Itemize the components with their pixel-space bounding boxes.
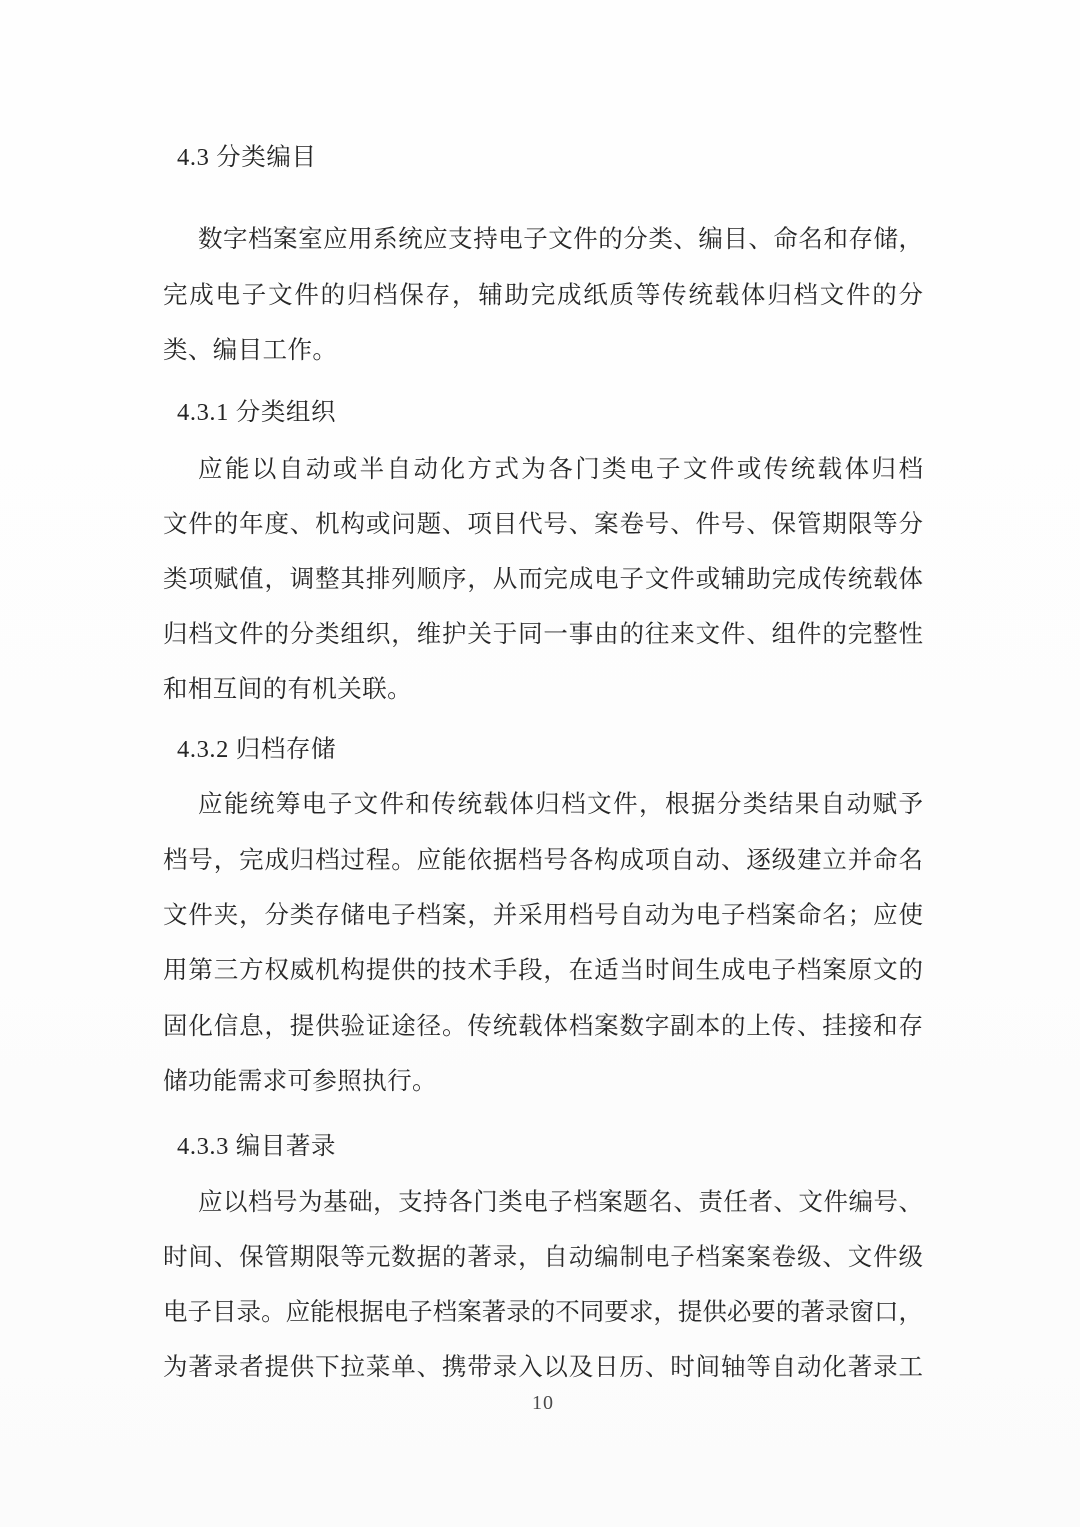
page-number: 10: [163, 1390, 923, 1416]
section-heading: 4.3.3 编目著录: [177, 1128, 923, 1166]
text-line: 应能统筹电子文件和传统载体归档文件，根据分类结果自动赋予: [163, 786, 923, 824]
text-line: 固化信息，提供验证途径。传统载体档案数字副本的上传、挂接和存: [163, 1008, 923, 1046]
section-heading: 4.3 分类编目: [177, 139, 923, 177]
text-line: 用第三方权威机构提供的技术手段，在适当时间生成电子档案原文的: [163, 952, 923, 990]
text-line: 储功能需求可参照执行。: [163, 1063, 923, 1101]
text-line: 完成电子文件的归档保存，辅助完成纸质等传统载体归档文件的分: [163, 277, 923, 315]
text-line: 应以档号为基础，支持各门类电子档案题名、责任者、文件编号、: [163, 1184, 923, 1222]
text-line: 类、编目工作。: [163, 332, 923, 370]
text-line: 档号，完成归档过程。应能依据档号各构成项自动、逐级建立并命名: [163, 842, 923, 880]
text-line: 数字档案室应用系统应支持电子文件的分类、编目、命名和存储，: [163, 221, 923, 259]
text-line: 应能以自动或半自动化方式为各门类电子文件或传统载体归档: [163, 451, 923, 489]
text-line: 类项赋值，调整其排列顺序，从而完成电子文件或辅助完成传统载体: [163, 561, 923, 599]
text-line: 为著录者提供下拉菜单、携带录入以及日历、时间轴等自动化著录工: [163, 1349, 923, 1387]
text-line: 电子目录。应能根据电子档案著录的不同要求，提供必要的著录窗口，: [163, 1294, 923, 1332]
section-heading: 4.3.1 分类组织: [177, 394, 923, 432]
text-line: 文件的年度、机构或问题、项目代号、案卷号、件号、保管期限等分: [163, 506, 923, 544]
text-line: 文件夹，分类存储电子档案，并采用档号自动为电子档案命名；应使: [163, 897, 923, 935]
text-line: 时间、保管期限等元数据的著录，自动编制电子档案案卷级、文件级: [163, 1239, 923, 1277]
document-page: 4.3 分类编目 数字档案室应用系统应支持电子文件的分类、编目、命名和存储， 完…: [0, 0, 1080, 1527]
text-line: 归档文件的分类组织，维护关于同一事由的往来文件、组件的完整性: [163, 616, 923, 654]
text-line: 和相互间的有机关联。: [163, 671, 923, 709]
section-heading: 4.3.2 归档存储: [177, 731, 923, 769]
